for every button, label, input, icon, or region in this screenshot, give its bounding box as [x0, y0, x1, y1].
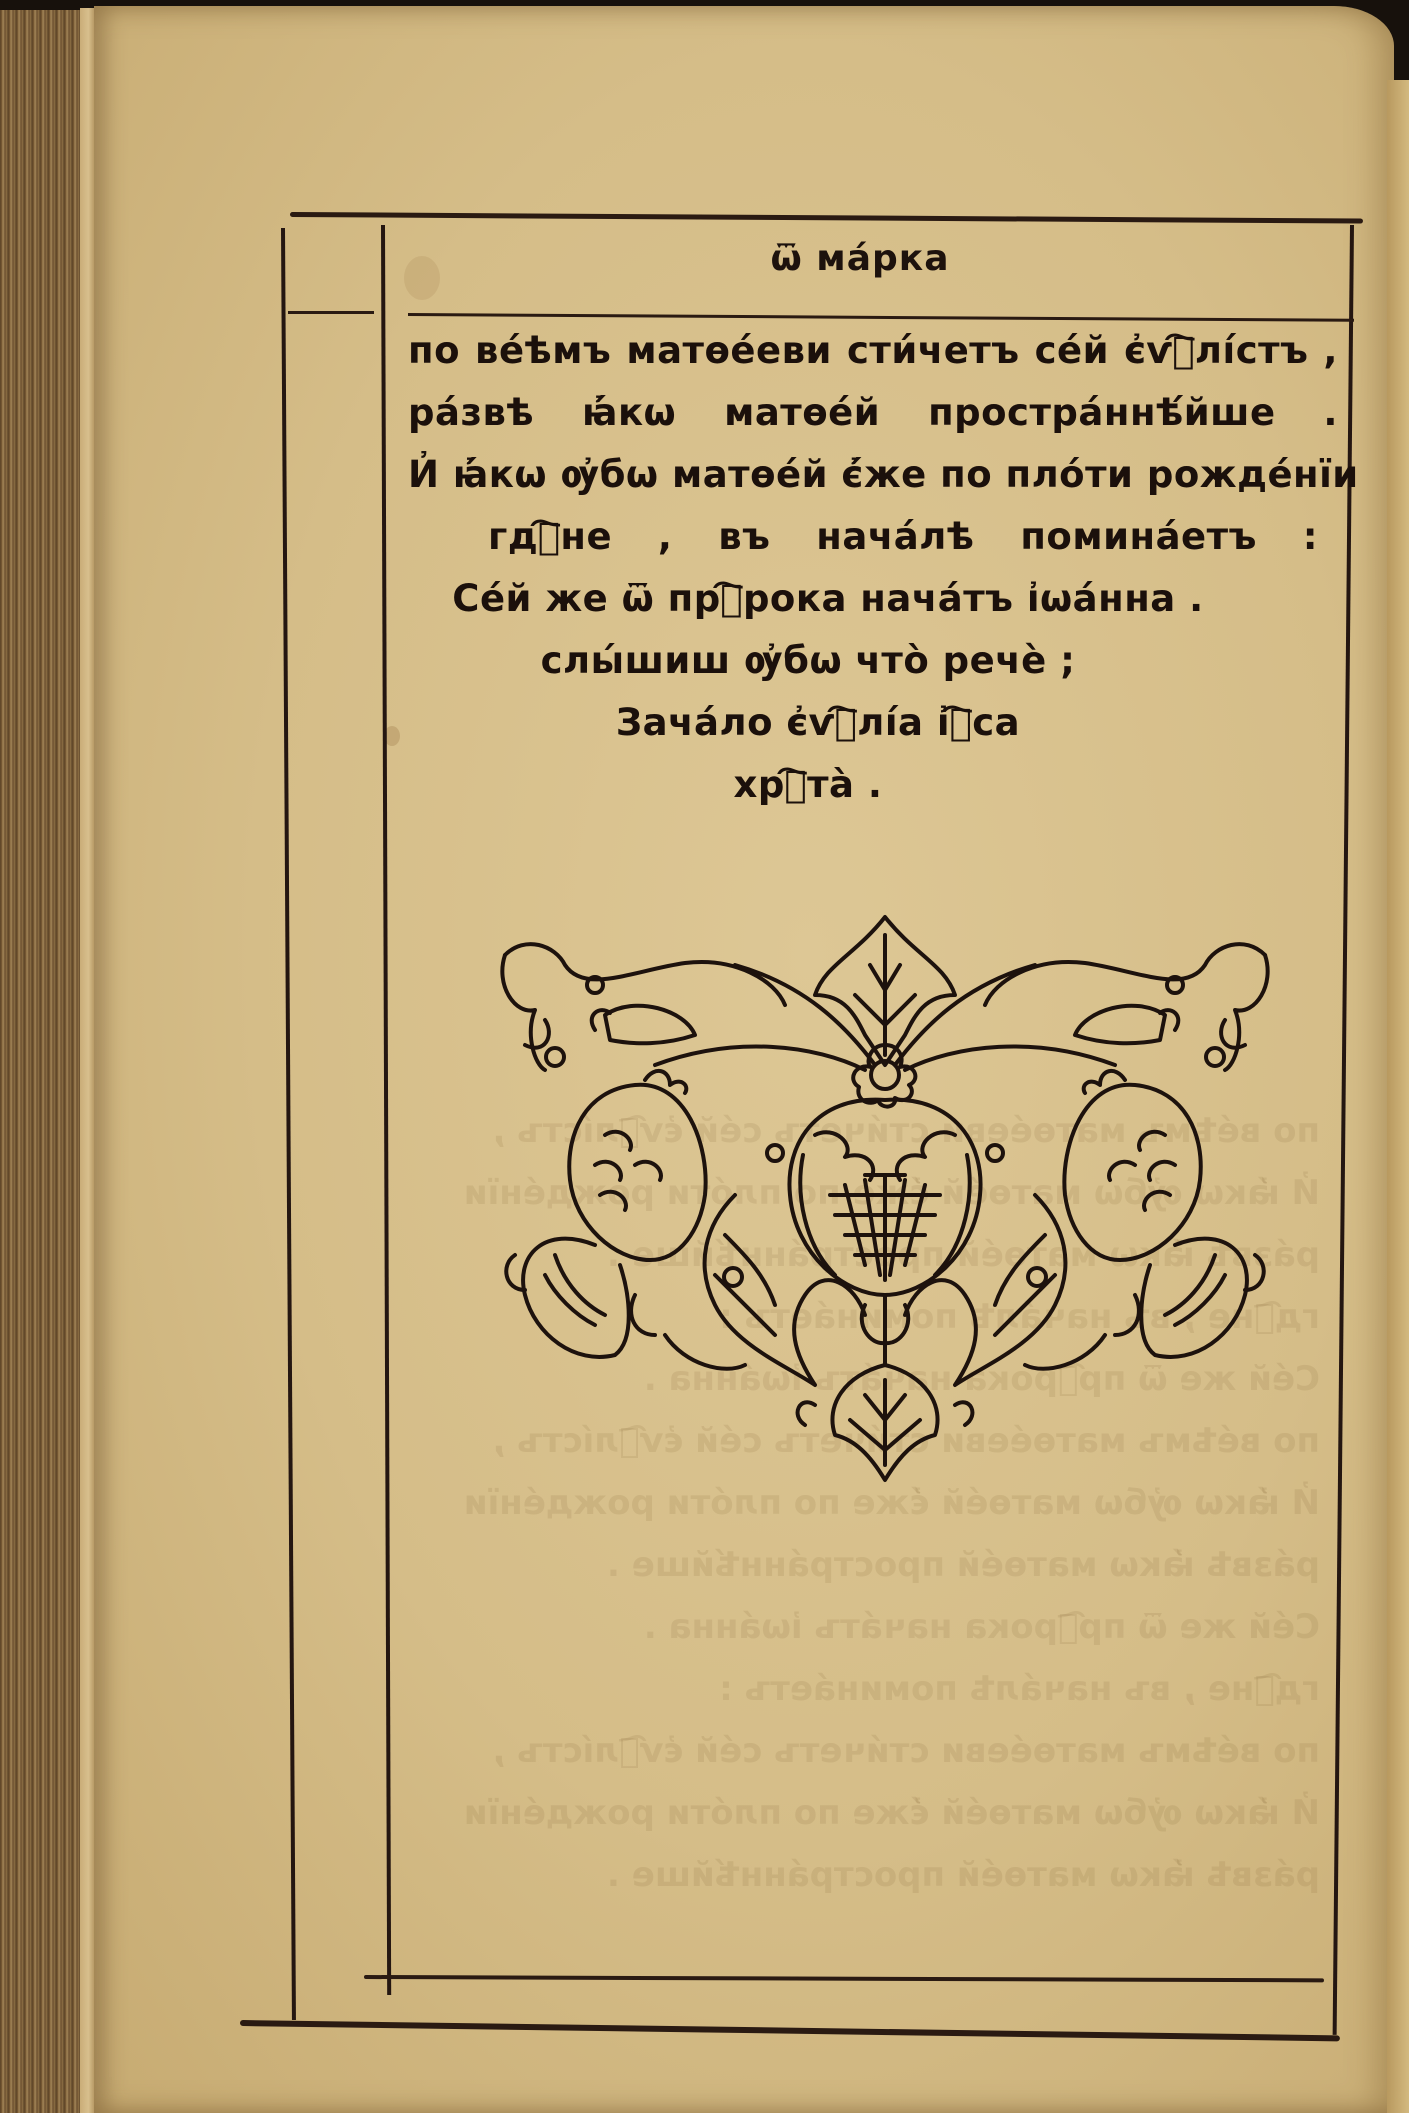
book-fore-edge [0, 10, 82, 2113]
text-line: гдⷭ҇не , въ нача́лѣ помина́етъ : [408, 506, 1318, 568]
text-line: хрⷭ҇та̀ . [408, 754, 1208, 816]
text-line: Зача́ло є҆ѵⷢ҇лі́а і҆ⷭ҇са [408, 692, 1228, 754]
text-line: И҆ ꙗ҆́кѡ ѹ҆бѡ матѳе́й є҆́же по пло́ти ро… [408, 444, 1338, 506]
running-head: ѿ ма́рка [740, 238, 980, 279]
paper-stain [404, 256, 440, 300]
text-line: слы́шиш ѹ҆бѡ что̀ речѐ ; [408, 630, 1208, 692]
text-line: Се́й же ѿ прⷪ҇рока нача́тъ і҆ѡа́нна . [408, 568, 1248, 630]
text-line: ра́звѣ ꙗ҆́кѡ матѳе́й простра́ннѣ́йше . [408, 382, 1338, 444]
text-block: по ве́ѣмъ матѳе́еви сти́четъ се́й є҆ѵⷢ҇л… [408, 320, 1348, 816]
floral-ornament-icon [485, 895, 1285, 1495]
text-line: по ве́ѣмъ матѳе́еви сти́четъ се́й є҆ѵⷢ҇л… [408, 320, 1338, 382]
adjacent-page-edge [1387, 80, 1409, 2113]
margin-column-rule [288, 311, 374, 314]
